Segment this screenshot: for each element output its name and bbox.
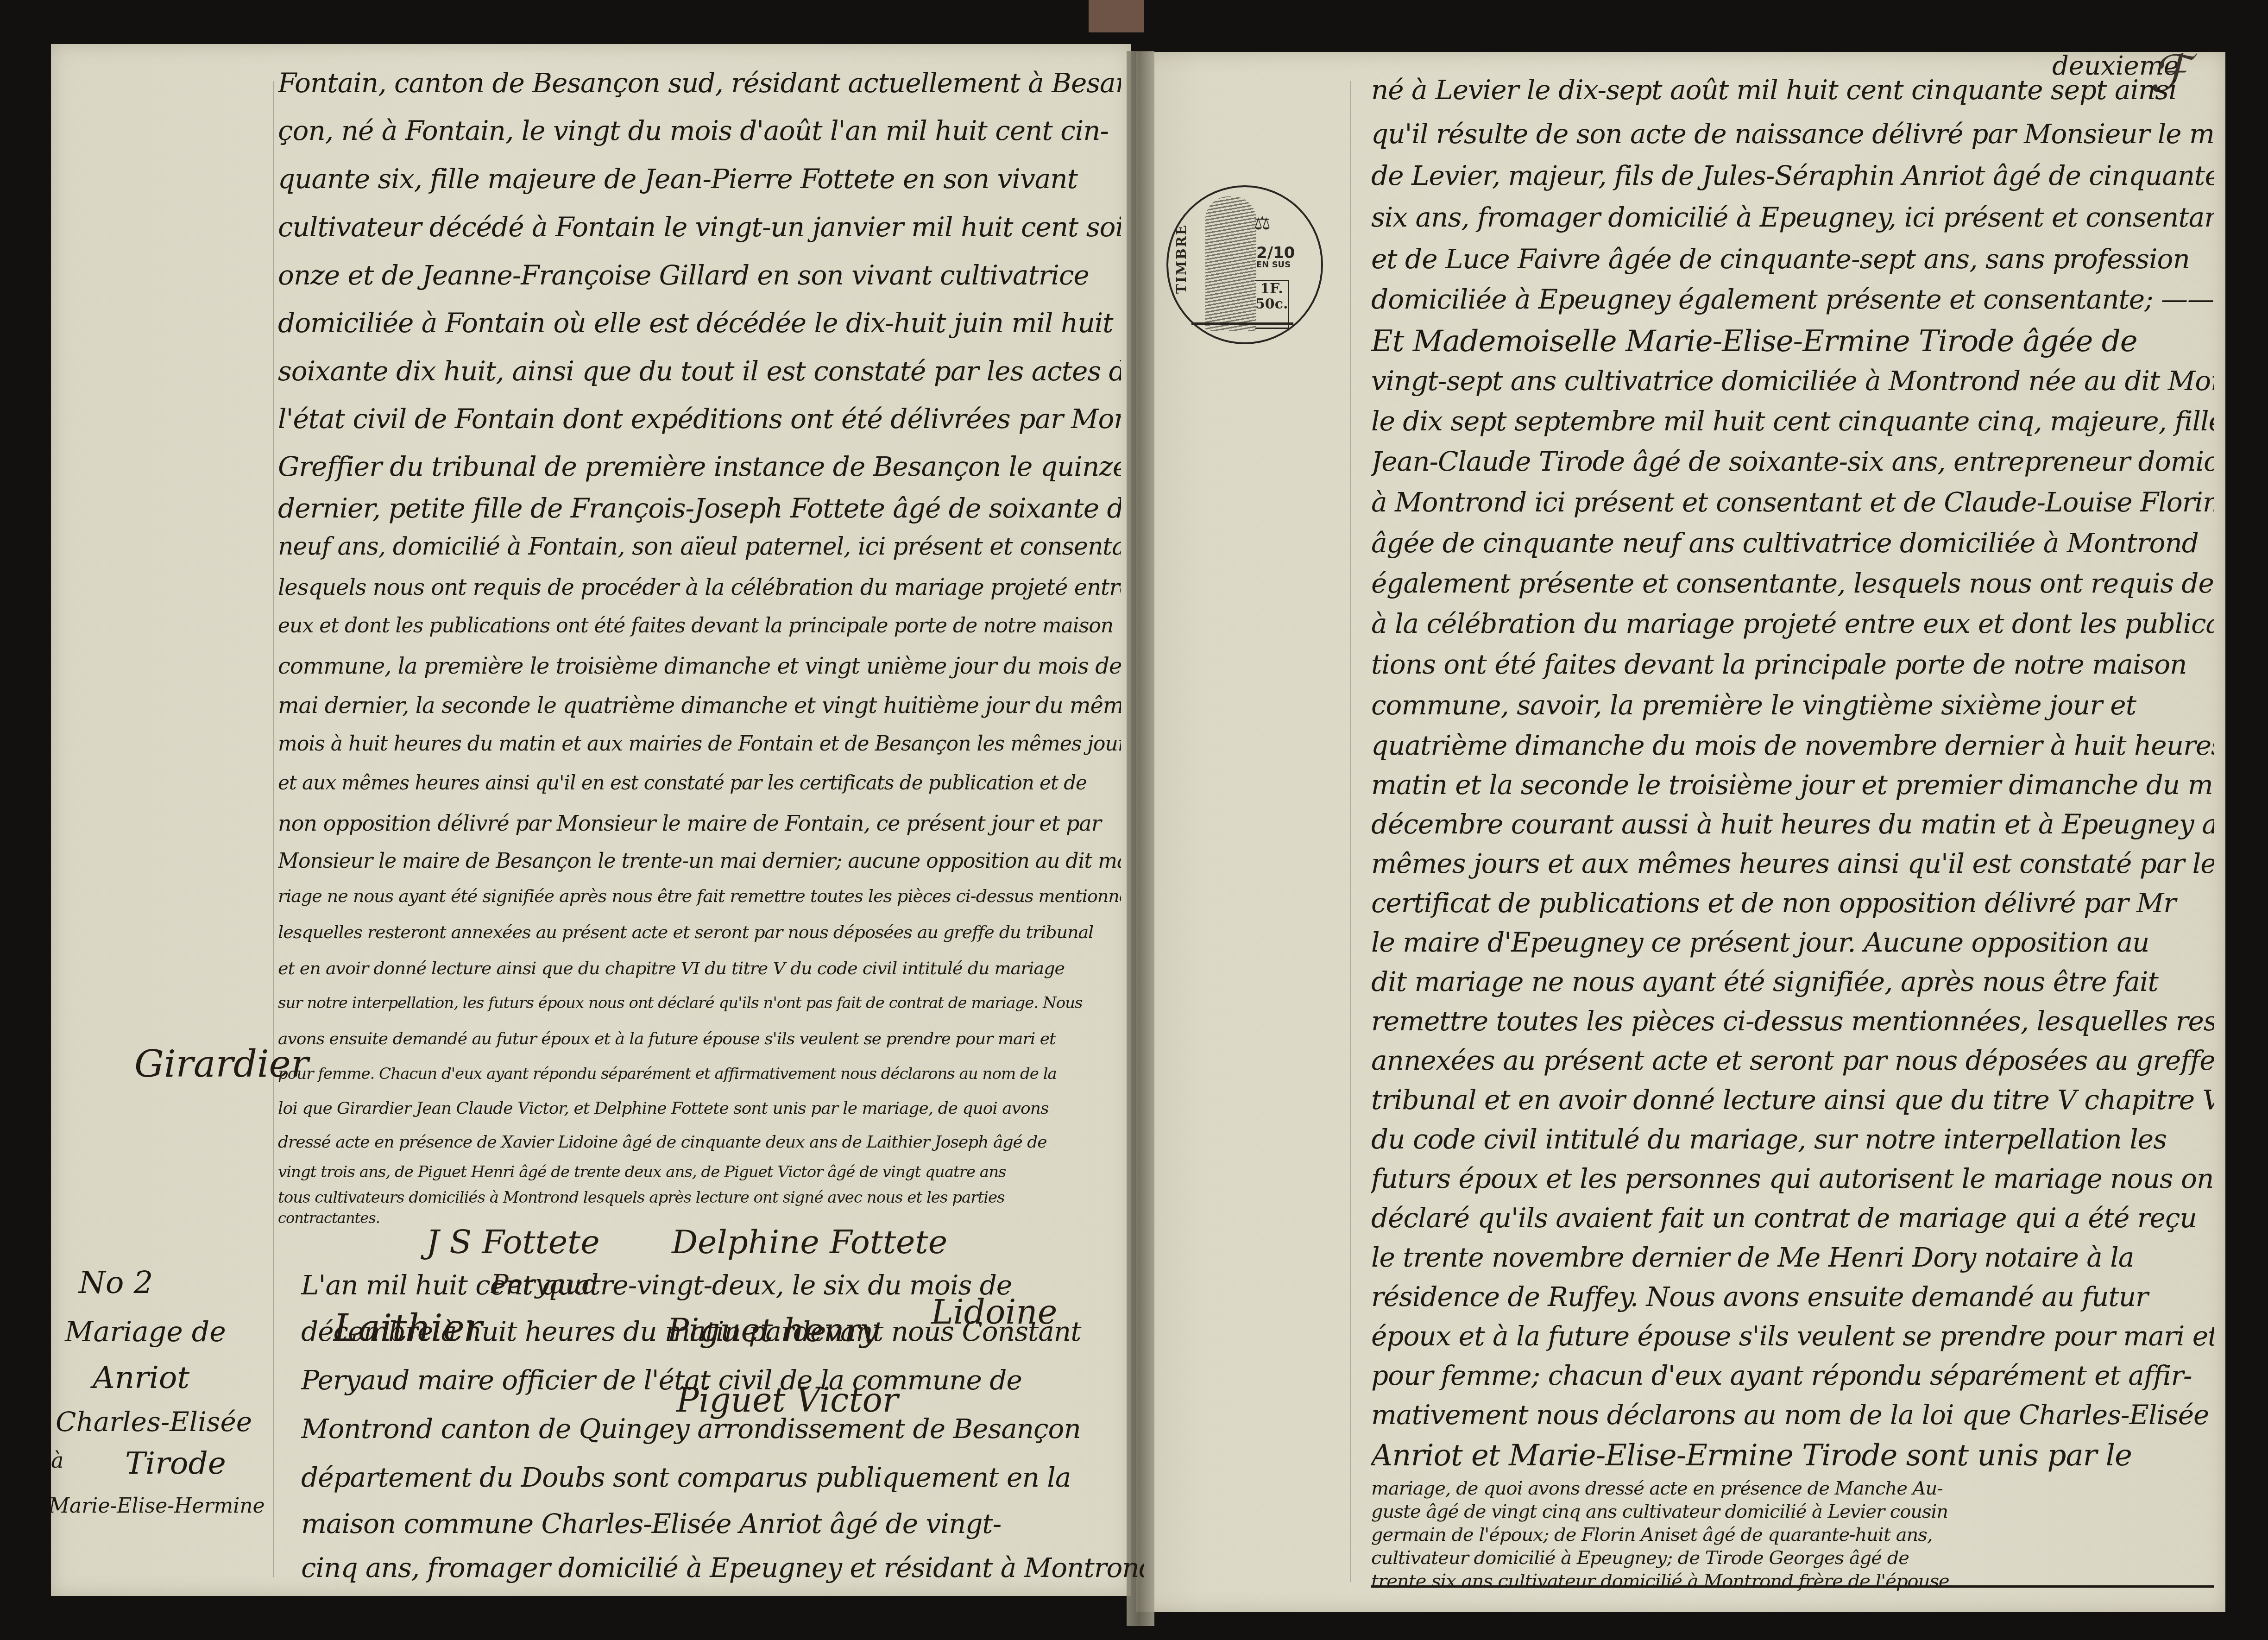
text-line: lesquels nous ont requis de procéder à l… (278, 574, 1121, 600)
text-line: et de Luce Faivre âgée de cinquante-sept… (1371, 243, 2214, 275)
left-page-margin-rule (273, 81, 274, 1577)
text-line: Jean-Claude Tirode âgé de soixante-six a… (1371, 446, 2214, 477)
text-line: né à Levier le dix-sept août mil huit ce… (1371, 74, 2214, 106)
text-line: germain de l'époux; de Florin Aniset âgé… (1371, 1524, 2214, 1545)
text-line: Montrond canton de Quingey arrondissemen… (301, 1413, 1144, 1444)
text-line: département du Doubs sont comparus publi… (301, 1462, 1144, 1493)
text-line: vingt-sept ans cultivatrice domiciliée à… (1371, 365, 2214, 397)
text-line: mativement nous déclarons au nom de la l… (1371, 1399, 2214, 1431)
text-line: Et Mademoiselle Marie-Elise-Ermine Tirod… (1371, 324, 2214, 359)
text-line: non opposition délivré par Monsieur le m… (278, 811, 1121, 836)
text-line: commune, savoir, la première le vingtièm… (1371, 689, 2214, 721)
text-line: domiciliée à Fontain où elle est décédée… (278, 307, 1121, 339)
signature-girardier: Girardier (134, 1042, 309, 1085)
text-line: guste âgé de vingt cinq ans cultivateur … (1371, 1501, 2214, 1522)
text-line: dressé acte en présence de Xavier Lidoin… (278, 1133, 1121, 1152)
margin-title-4: à (51, 1448, 63, 1473)
text-line: maison commune Charles-Elisée Anriot âgé… (301, 1508, 1144, 1539)
text-line: quatrième dimanche du mois de novembre d… (1371, 730, 2214, 761)
text-line: mêmes jours et aux mêmes heures ainsi qu… (1371, 848, 2214, 879)
text-line: çon, né à Fontain, le vingt du mois d'ao… (278, 115, 1121, 146)
text-line: mois à huit heures du matin et aux mairi… (278, 732, 1121, 756)
stamp-surcharge: 2/10 EN SUS (1256, 245, 1295, 269)
text-line: tous cultivateurs domiciliés à Montrond … (278, 1188, 1121, 1207)
text-line: soixante dix huit, ainsi que du tout il … (278, 355, 1121, 387)
text-line: le trente novembre dernier de Me Henri D… (1371, 1242, 2214, 1273)
text-line: cinq ans, fromager domicilié à Epeugney … (301, 1552, 1144, 1583)
text-line: domiciliée à Epeugney également présente… (1371, 284, 2214, 315)
text-line: le dix sept septembre mil huit cent cinq… (1371, 405, 2214, 437)
margin-title-6: Marie-Elise-Hermine (49, 1494, 265, 1518)
text-line: dernier, petite fille de François-Joseph… (278, 492, 1121, 524)
margin-title-1: Mariage de (65, 1316, 226, 1348)
tax-stamp: TIMBRE ⚖ 2/10 EN SUS 1F. 50c. (1166, 185, 1323, 344)
text-line: remettre toutes les pièces ci-dessus men… (1371, 1005, 2214, 1037)
text-line: âgée de cinquante neuf ans cultivatrice … (1371, 527, 2214, 559)
text-line: cultivateur domicilié à Epeugney; de Tir… (1371, 1547, 2214, 1569)
stamp-label: TIMBRE (1174, 224, 1189, 294)
margin-title-2: Anriot (93, 1360, 189, 1395)
text-line: trente six ans cultivateur domicilié à M… (1371, 1571, 2214, 1592)
text-line: décembre courant aussi à huit heures du … (1371, 808, 2214, 840)
text-line: tribunal et en avoir donné lecture ainsi… (1371, 1084, 2214, 1116)
text-line: également présente et consentante, lesqu… (1371, 568, 2214, 599)
text-line: pour femme; chacun d'eux ayant répondu s… (1371, 1360, 2214, 1391)
text-line: tions ont été faites devant la principal… (1371, 649, 2214, 680)
text-line: dit mariage ne nous ayant été signifiée,… (1371, 966, 2214, 997)
text-line: neuf ans, domicilié à Fontain, son aïeul… (278, 533, 1121, 561)
text-line: Peryaud maire officier de l'état civil d… (301, 1364, 1144, 1396)
text-line: certificat de publications et de non opp… (1371, 887, 2214, 919)
binding-tab (1089, 0, 1144, 32)
text-line: qu'il résulte de son acte de naissance d… (1371, 118, 2214, 150)
text-line: de Levier, majeur, fils de Jules-Séraphi… (1371, 160, 2214, 191)
act-end-rule (1371, 1585, 2214, 1588)
act-number: No 2 (79, 1265, 153, 1300)
stamp-base (1191, 322, 1293, 325)
text-line: déclaré qu'ils avaient fait un contrat d… (1371, 1202, 2214, 1234)
text-line: mariage, de quoi avons dressé acte en pr… (1371, 1478, 2214, 1499)
right-page-margin-rule (1350, 81, 1351, 1582)
text-line: résidence de Ruffey. Nous avons ensuite … (1371, 1281, 2214, 1312)
text-line: Monsieur le maire de Besançon le trente-… (278, 849, 1121, 873)
text-line: Anriot et Marie-Elise-Ermine Tirode sont… (1371, 1438, 2214, 1473)
text-line: L'an mil huit cent quatre-vingt-deux, le… (301, 1269, 1144, 1301)
text-line: onze et de Jeanne-Françoise Gillard en s… (278, 259, 1121, 291)
text-line: quante six, fille majeure de Jean-Pierre… (278, 163, 1121, 195)
margin-title-5: Tirode (125, 1445, 226, 1481)
text-line: sur notre interpellation, les futurs épo… (278, 994, 1121, 1012)
justice-figure-icon (1205, 196, 1256, 331)
text-line: futurs époux et les personnes qui autori… (1371, 1163, 2214, 1194)
text-line: Greffier du tribunal de première instanc… (278, 451, 1121, 482)
text-line: riage ne nous ayant été signifiée après … (278, 886, 1121, 906)
stamp-price: 1F. 50c. (1255, 280, 1289, 329)
text-line: commune, la première le troisième dimanc… (278, 653, 1121, 679)
text-line: loi que Girardier Jean Claude Victor, et… (278, 1099, 1121, 1118)
text-line: pour femme. Chacun d'eux ayant répondu s… (278, 1065, 1121, 1083)
text-line: époux et à la future épouse s'ils veulen… (1371, 1320, 2214, 1352)
text-line: le maire d'Epeugney ce présent jour. Auc… (1371, 927, 2214, 958)
text-line: mai dernier, la seconde le quatrième dim… (278, 693, 1121, 719)
signature-delphine-fottete: Delphine Fottete (672, 1223, 947, 1261)
text-line: cultivateur décédé à Fontain le vingt-un… (278, 211, 1121, 243)
text-line: l'état civil de Fontain dont expéditions… (278, 403, 1121, 435)
text-line: six ans, fromager domicilié à Epeugney, … (1371, 202, 2214, 233)
text-line: annexées au présent acte et seront par n… (1371, 1045, 2214, 1076)
margin-title-3: Charles-Elisée (56, 1406, 252, 1438)
text-line: à la célébration du mariage projeté entr… (1371, 608, 2214, 639)
text-line: du code civil intitulé du mariage, sur n… (1371, 1123, 2214, 1155)
scales-icon: ⚖ (1254, 213, 1271, 234)
text-line: et en avoir donné lecture ainsi que du c… (278, 958, 1121, 978)
signature-fottete: J S Fottete (426, 1223, 600, 1261)
text-line: à Montrond ici présent et consentant et … (1371, 486, 2214, 518)
text-line: lesquelles resteront annexées au présent… (278, 922, 1121, 942)
text-line: vingt trois ans, de Piguet Henri âgé de … (278, 1163, 1121, 1181)
text-line: matin et la seconde le troisième jour et… (1371, 769, 2214, 801)
text-line: décembre à huit heures du matin pardevan… (301, 1316, 1144, 1347)
text-line: avons ensuite demandé au futur époux et … (278, 1029, 1121, 1048)
text-line: eux et dont les publications ont été fai… (278, 614, 1121, 637)
text-line: et aux mêmes heures ainsi qu'il en est c… (278, 771, 1121, 794)
text-line: Fontain, canton de Besançon sud, résidan… (278, 67, 1121, 99)
